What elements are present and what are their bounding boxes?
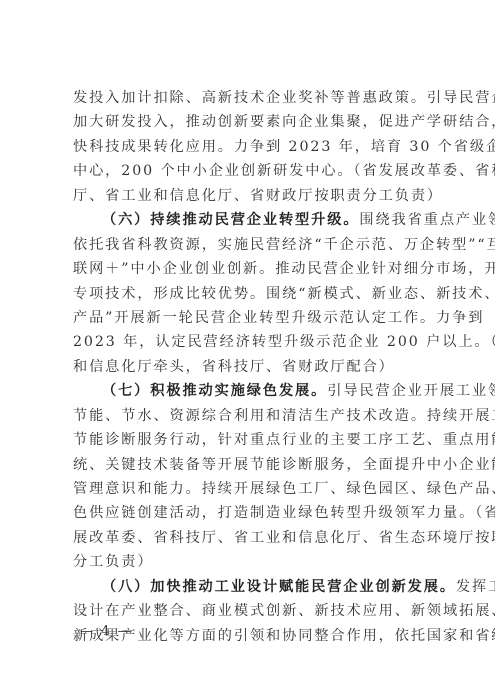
text-line: 和信息化厅牵头，省科技厅、省财政厅配合） (73, 355, 434, 379)
text-line: 专项技术，形成比较优势。围绕“新模式、新业态、新技术、新 (73, 282, 434, 306)
line-text: 节能、节水、资源综合利用和清洁生产技术改造。持续开展工业 (73, 408, 495, 424)
line-text: 新成果产业化等方面的引领和协同整合作用，依托国家和省级工 (73, 628, 495, 644)
text-line: 展改革委、省科技厅、省工业和信息化厅、省生态环境厅按职责 (73, 526, 434, 550)
line-text: 加大研发投入，推动创新要素向企业集聚，促进产学研结合，加 (73, 114, 495, 130)
line-text: 依托我省科教资源，实施民营经济“千企示范、万企转型”“互 (73, 237, 495, 253)
line-text: 中心，200 个中小企业创新研发中心。（省发展改革委、省科技 (73, 163, 495, 179)
line-text: 统、关键技术装备等开展节能诊断服务，全面提升中小企业能源 (73, 457, 495, 473)
text-line: 产品”开展新一轮民营企业转型升级示范认定工作。力争到 (73, 306, 434, 330)
section-heading-line: （七）积极推动实施绿色发展。引导民营企业开展工业领域 (73, 379, 434, 403)
section-heading: （六）持续推动民营企业转型升级。 (102, 212, 359, 228)
text-line: 发投入加计扣除、高新技术企业奖补等普惠政策。引导民营企业 (73, 86, 434, 110)
line-text: 设计在产业整合、商业模式创新、新技术应用、新领域拓展、创 (73, 603, 495, 619)
line-text: 展改革委、省科技厅、省工业和信息化厅、省生态环境厅按职责 (73, 530, 495, 546)
text-line: 快科技成果转化应用。力争到 2023 年，培育 30 个省级企业技术 (73, 135, 434, 159)
line-text: 管理意识和能力。持续开展绿色工厂、绿色园区、绿色产品、绿 (73, 481, 495, 497)
section-heading-line: （六）持续推动民营企业转型升级。围绕我省重点产业领域， (73, 208, 434, 232)
line-text: 产品”开展新一轮民营企业转型升级示范认定工作。力争到 (73, 310, 484, 326)
line-text: 围绕我省重点产业领域， (359, 212, 495, 228)
text-line: 管理意识和能力。持续开展绿色工厂、绿色园区、绿色产品、绿 (73, 477, 434, 501)
body-text: 发投入加计扣除、高新技术企业奖补等普惠政策。引导民营企业加大研发投入，推动创新要… (73, 86, 434, 648)
text-line: 2023 年，认定民营经济转型升级示范企业 200 户以上。（省工业 (73, 330, 434, 354)
line-text: 引导民营企业开展工业领域 (327, 383, 495, 399)
line-text: 专项技术，形成比较优势。围绕“新模式、新业态、新技术、新 (73, 286, 495, 302)
line-text: 2023 年，认定民营经济转型升级示范企业 200 户以上。（省工业 (73, 334, 495, 350)
line-text: 发投入加计扣除、高新技术企业奖补等普惠政策。引导民营企业 (73, 90, 495, 106)
text-line: 厅、省工业和信息化厅、省财政厅按职责分工负责） (73, 184, 434, 208)
line-text: 厅、省工业和信息化厅、省财政厅按职责分工负责） (73, 188, 443, 204)
text-line: 依托我省科教资源，实施民营经济“千企示范、万企转型”“互 (73, 233, 434, 257)
text-line: 节能诊断服务行动，针对重点行业的主要工序工艺、重点用能系 (73, 428, 434, 452)
text-line: 中心，200 个中小企业创新研发中心。（省发展改革委、省科技 (73, 159, 434, 183)
text-line: 加大研发投入，推动创新要素向企业集聚，促进产学研结合，加 (73, 110, 434, 134)
text-line: 色供应链创建活动，打造制造业绿色转型升级领军力量。（省发 (73, 501, 434, 525)
section-heading: （八）加快推动工业设计赋能民营企业创新发展。 (102, 579, 456, 595)
text-line: 设计在产业整合、商业模式创新、新技术应用、新领域拓展、创 (73, 599, 434, 623)
section-heading-line: （八）加快推动工业设计赋能民营企业创新发展。发挥工业 (73, 575, 434, 599)
line-text: 节能诊断服务行动，针对重点行业的主要工序工艺、重点用能系 (73, 432, 495, 448)
line-text: 联网＋”中小企业创业创新。推动民营企业针对细分市场，开发 (73, 261, 495, 277)
line-text: 和信息化厅牵头，省科技厅、省财政厅配合） (73, 359, 395, 375)
text-line: 节能、节水、资源综合利用和清洁生产技术改造。持续开展工业 (73, 404, 434, 428)
line-text: 快科技成果转化应用。力争到 2023 年，培育 30 个省级企业技术 (73, 139, 495, 155)
text-line: 分工负责） (73, 550, 434, 574)
section-heading: （七）积极推动实施绿色发展。 (102, 383, 327, 399)
line-text: 分工负责） (73, 554, 153, 570)
page-number: — 4 — (80, 624, 133, 639)
line-text: 色供应链创建活动，打造制造业绿色转型升级领军力量。（省发 (73, 505, 495, 521)
text-line: 统、关键技术装备等开展节能诊断服务，全面提升中小企业能源 (73, 453, 434, 477)
line-text: 发挥工业 (456, 579, 495, 595)
text-line: 联网＋”中小企业创业创新。推动民营企业针对细分市场，开发 (73, 257, 434, 281)
document-page: 发投入加计扣除、高新技术企业奖补等普惠政策。引导民营企业加大研发投入，推动创新要… (0, 0, 495, 700)
